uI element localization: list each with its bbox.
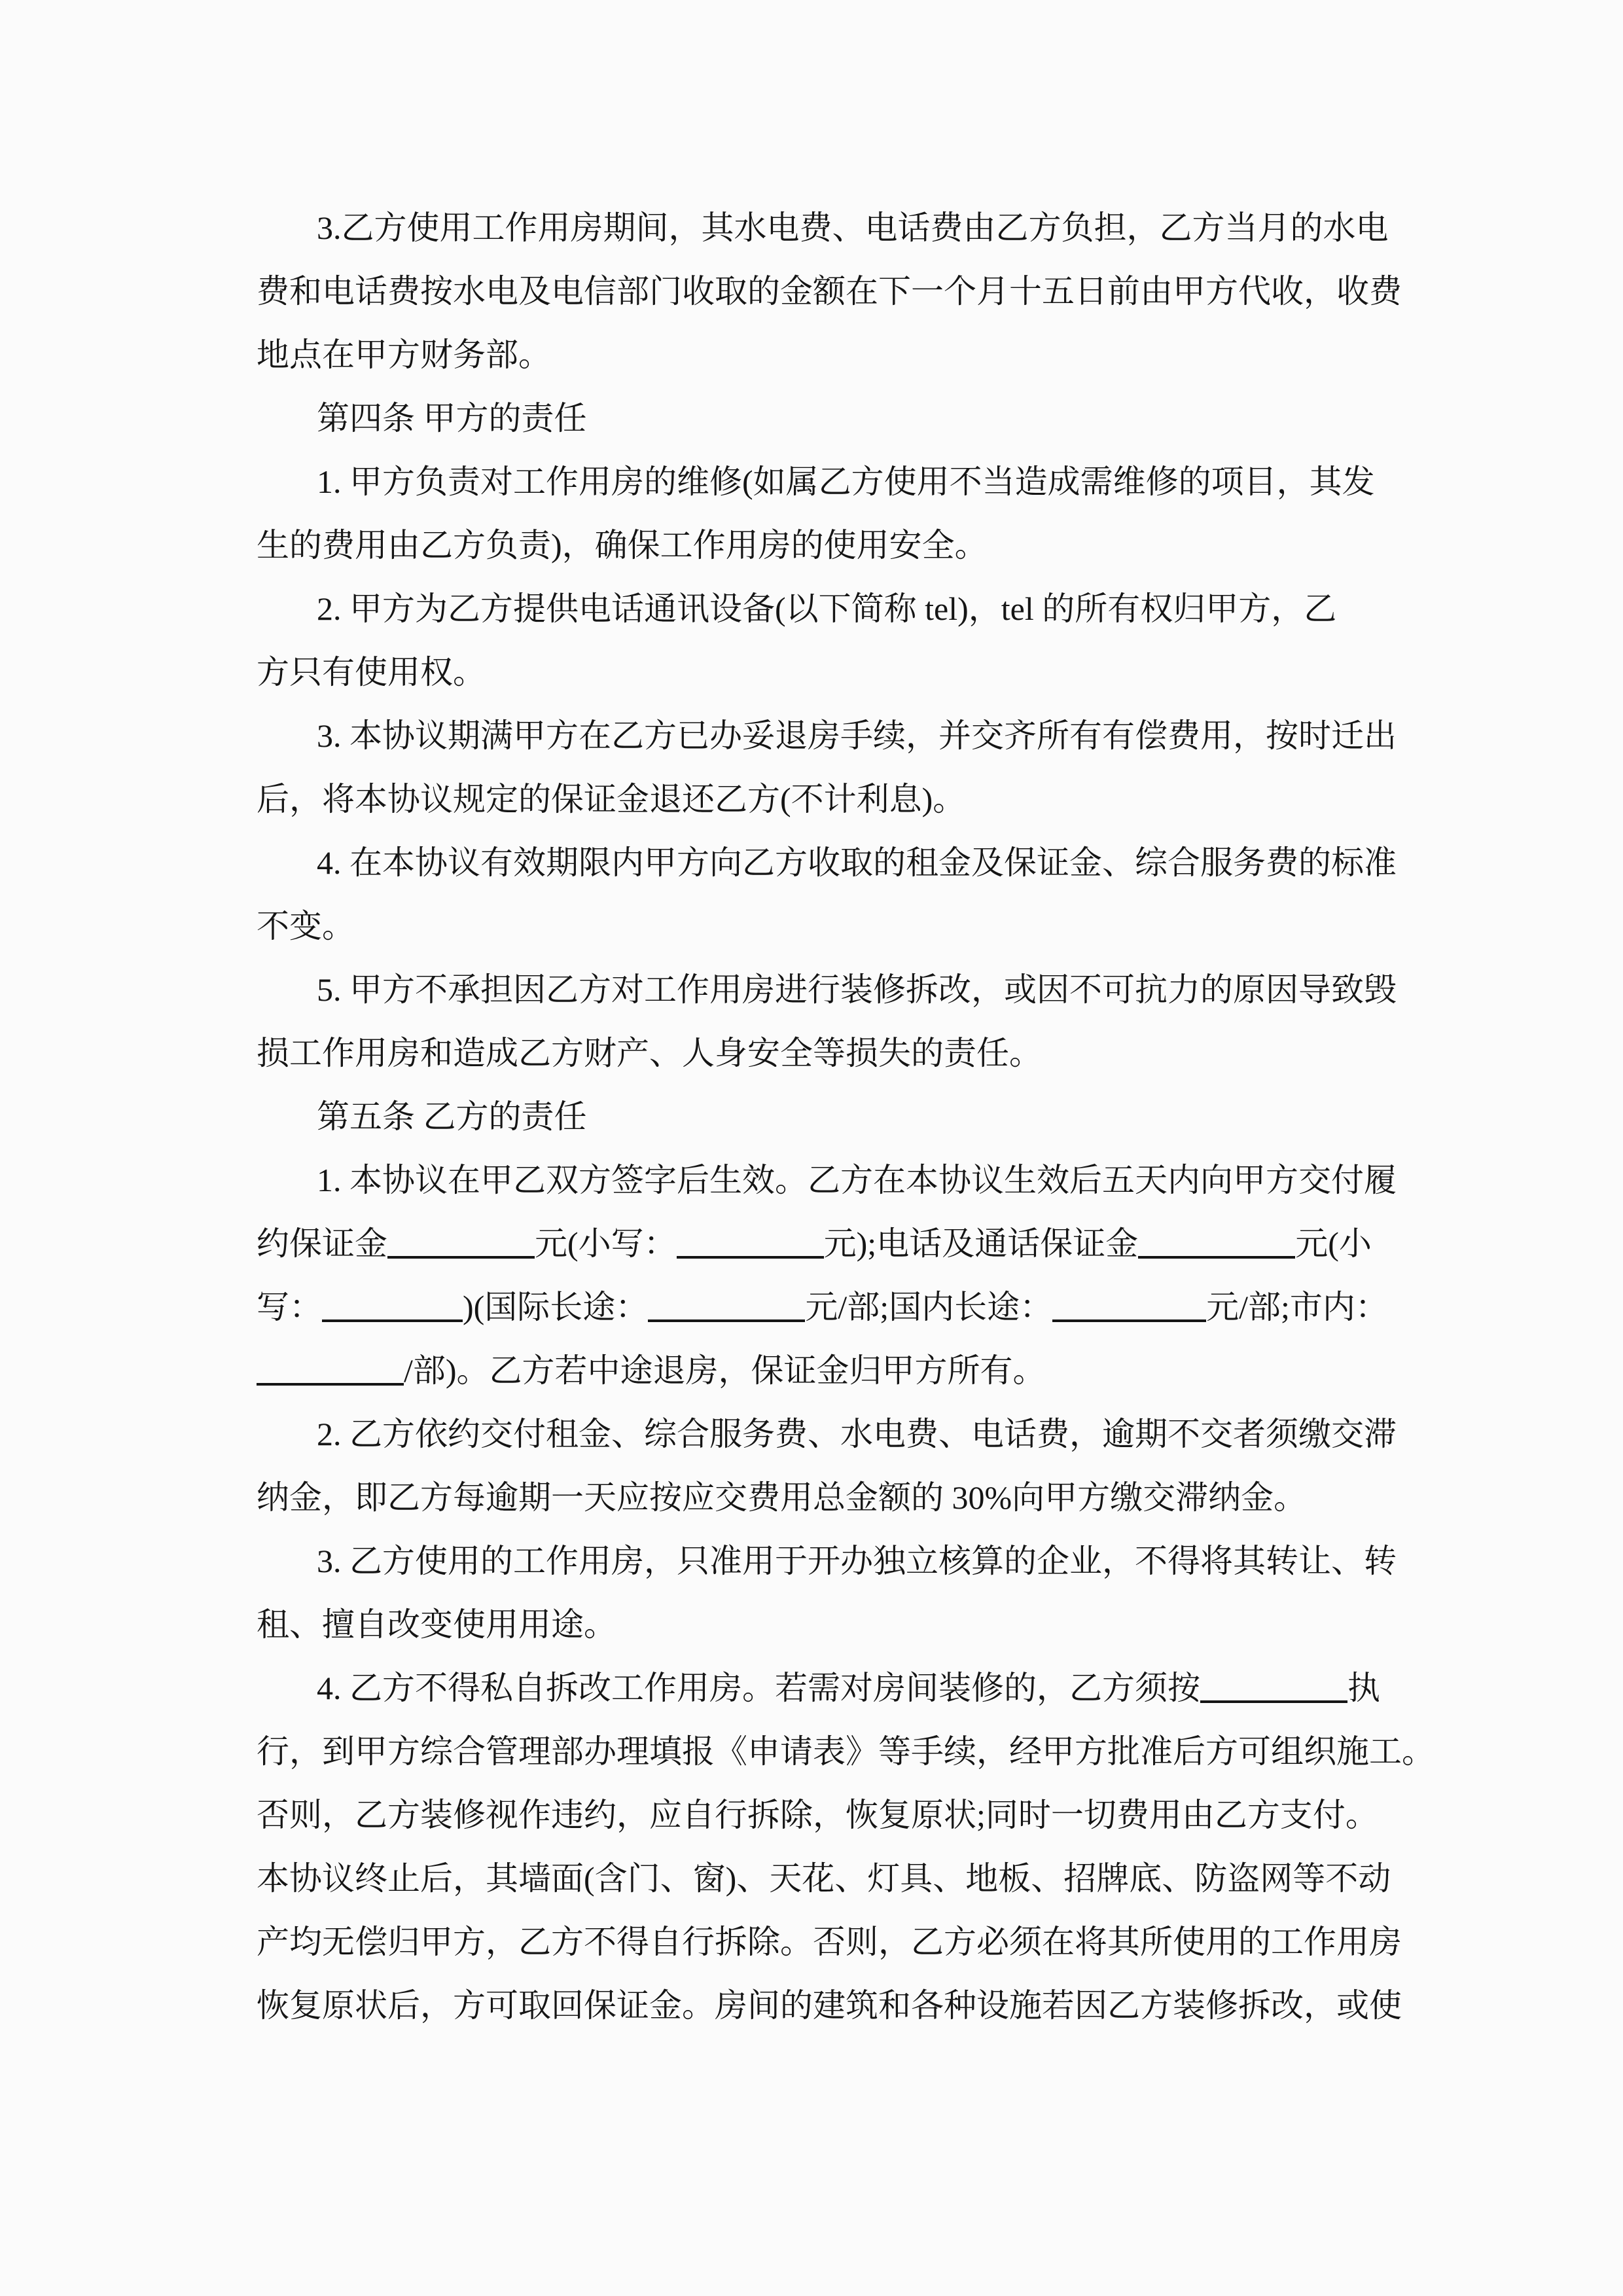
text-segment: 第四条 甲方的责任 [317, 400, 587, 437]
document-page: 3.乙方使用工作用房期间，其水电费、电话费由乙方负担，乙方当月的水电费和电话费按… [0, 0, 1623, 2296]
text-line: 3. 本协议期满甲方在乙方已办妥退房手续，并交齐所有有偿费用，按时迁出 [257, 704, 1428, 768]
text-segment: 约保证金 [257, 1225, 387, 1262]
blank-underline-field [387, 1256, 535, 1259]
text-line: 行，到甲方综合管理部办理填报《申请表》等手续，经甲方批准后方可组织施工。 [257, 1720, 1428, 1784]
text-segment: 元/部;国内长途： [805, 1289, 1052, 1325]
text-segment: 元);电话及通话保证金 [824, 1225, 1139, 1262]
text-line: 2. 乙方依约交付租金、综合服务费、水电费、电话费，逾期不交者须缴交滞 [257, 1403, 1428, 1466]
text-line: 生的费用由乙方负责)，确保工作用房的使用安全。 [257, 514, 1428, 577]
text-segment: 恢复原状后，方可取回保证金。房间的建筑和各种设施若因乙方装修拆改，或使 [257, 1987, 1402, 2024]
text-line: 方只有使用权。 [257, 641, 1428, 704]
text-segment: 执 [1347, 1670, 1380, 1706]
text-segment: 4. 乙方不得私自拆改工作用房。若需对房间装修的，乙方须按 [317, 1670, 1200, 1706]
text-segment: /部)。乙方若中途退房，保证金归甲方所有。 [404, 1352, 1046, 1389]
text-segment: 后，将本协议规定的保证金退还乙方(不计利息)。 [257, 781, 965, 817]
text-line: 纳金，即乙方每逾期一天应按应交费用总金额的 30%向甲方缴交滞纳金。 [257, 1466, 1428, 1530]
text-segment: 租、擅自改变使用用途。 [257, 1606, 616, 1643]
blank-underline-field [677, 1256, 824, 1259]
contract-text-block: 3.乙方使用工作用房期间，其水电费、电话费由乙方负担，乙方当月的水电费和电话费按… [257, 196, 1428, 2037]
blank-underline-field [257, 1383, 404, 1386]
text-segment: 纳金，即乙方每逾期一天应按应交费用总金额的 30%向甲方缴交滞纳金。 [257, 1479, 1306, 1516]
text-segment: 费和电话费按水电及电信部门收取的金额在下一个月十五日前由甲方代收，收费 [257, 273, 1402, 310]
text-line: 写：)(国际长途：元/部;国内长途：元/部;市内： [257, 1276, 1428, 1339]
text-line: 本协议终止后，其墙面(含门、窗)、天花、灯具、地板、招牌底、防盗网等不动 [257, 1847, 1428, 1910]
text-segment: 损工作用房和造成乙方财产、人身安全等损失的责任。 [257, 1035, 1042, 1071]
text-line: 租、擅自改变使用用途。 [257, 1593, 1428, 1657]
text-line: 否则，乙方装修视作违约，应自行拆除，恢复原状;同时一切费用由乙方支付。 [257, 1784, 1428, 1847]
text-line: 约保证金元(小写：元);电话及通话保证金元(小 [257, 1212, 1428, 1276]
text-line: /部)。乙方若中途退房，保证金归甲方所有。 [257, 1339, 1428, 1403]
text-segment: 第五条 乙方的责任 [317, 1098, 587, 1135]
text-line: 5. 甲方不承担因乙方对工作用房进行装修拆改，或因不可抗力的原因导致毁 [257, 958, 1428, 1022]
blank-underline-field [322, 1319, 463, 1322]
text-line: 4. 在本协议有效期限内甲方向乙方收取的租金及保证金、综合服务费的标准 [257, 831, 1428, 895]
blank-underline-field [1200, 1700, 1347, 1703]
blank-underline-field [1052, 1319, 1206, 1322]
text-line: 1. 甲方负责对工作用房的维修(如属乙方使用不当造成需维修的项目，其发 [257, 450, 1428, 514]
text-segment: 3. 乙方使用的工作用房，只准用于开办独立核算的企业，不得将其转让、转 [317, 1543, 1397, 1579]
text-segment: 方只有使用权。 [257, 654, 486, 691]
text-segment: 2. 乙方依约交付租金、综合服务费、水电费、电话费，逾期不交者须缴交滞 [317, 1416, 1397, 1452]
text-line: 1. 本协议在甲乙双方签字后生效。乙方在本协议生效后五天内向甲方交付履 [257, 1149, 1428, 1212]
text-segment: 元/部;市内： [1206, 1289, 1388, 1325]
text-line: 产均无偿归甲方，乙方不得自行拆除。否则，乙方必须在将其所使用的工作用房 [257, 1910, 1428, 1974]
text-line: 不变。 [257, 895, 1428, 958]
text-segment: 2. 甲方为乙方提供电话通讯设备(以下简称 tel)，tel 的所有权归甲方，乙 [317, 590, 1336, 627]
text-line: 3. 乙方使用的工作用房，只准用于开办独立核算的企业，不得将其转让、转 [257, 1530, 1428, 1593]
text-line: 第四条 甲方的责任 [257, 387, 1428, 450]
text-segment: 1. 本协议在甲乙双方签字后生效。乙方在本协议生效后五天内向甲方交付履 [317, 1162, 1397, 1198]
blank-underline-field [1138, 1256, 1295, 1259]
text-segment: 生的费用由乙方负责)，确保工作用房的使用安全。 [257, 527, 988, 564]
text-segment: 地点在甲方财务部。 [257, 336, 551, 373]
text-segment: 产均无偿归甲方，乙方不得自行拆除。否则，乙方必须在将其所使用的工作用房 [257, 1924, 1402, 1960]
text-line: 2. 甲方为乙方提供电话通讯设备(以下简称 tel)，tel 的所有权归甲方，乙 [257, 577, 1428, 641]
text-line: 费和电话费按水电及电信部门收取的金额在下一个月十五日前由甲方代收，收费 [257, 260, 1428, 323]
text-line: 损工作用房和造成乙方财产、人身安全等损失的责任。 [257, 1022, 1428, 1085]
text-segment: 本协议终止后，其墙面(含门、窗)、天花、灯具、地板、招牌底、防盗网等不动 [257, 1860, 1391, 1897]
text-segment: 元(小写： [535, 1225, 677, 1262]
text-segment: 否则，乙方装修视作违约，应自行拆除，恢复原状;同时一切费用由乙方支付。 [257, 1797, 1378, 1833]
text-segment: 写： [257, 1289, 322, 1325]
text-line: 4. 乙方不得私自拆改工作用房。若需对房间装修的，乙方须按执 [257, 1657, 1428, 1720]
text-segment: )(国际长途： [463, 1289, 648, 1325]
text-segment: 4. 在本协议有效期限内甲方向乙方收取的租金及保证金、综合服务费的标准 [317, 844, 1397, 881]
text-segment: 元(小 [1295, 1225, 1372, 1262]
text-segment: 5. 甲方不承担因乙方对工作用房进行装修拆改，或因不可抗力的原因导致毁 [317, 971, 1397, 1008]
text-line: 第五条 乙方的责任 [257, 1085, 1428, 1149]
text-line: 3.乙方使用工作用房期间，其水电费、电话费由乙方负担，乙方当月的水电 [257, 196, 1428, 260]
text-segment: 行，到甲方综合管理部办理填报《申请表》等手续，经甲方批准后方可组织施工。 [257, 1733, 1435, 1770]
text-segment: 3.乙方使用工作用房期间，其水电费、电话费由乙方负担，乙方当月的水电 [317, 209, 1389, 246]
blank-underline-field [648, 1319, 805, 1322]
text-line: 后，将本协议规定的保证金退还乙方(不计利息)。 [257, 768, 1428, 831]
text-segment: 1. 甲方负责对工作用房的维修(如属乙方使用不当造成需维修的项目，其发 [317, 463, 1375, 500]
text-line: 地点在甲方财务部。 [257, 323, 1428, 387]
text-line: 恢复原状后，方可取回保证金。房间的建筑和各种设施若因乙方装修拆改，或使 [257, 1974, 1428, 2037]
text-segment: 不变。 [257, 908, 355, 944]
text-segment: 3. 本协议期满甲方在乙方已办妥退房手续，并交齐所有有偿费用，按时迁出 [317, 717, 1397, 754]
